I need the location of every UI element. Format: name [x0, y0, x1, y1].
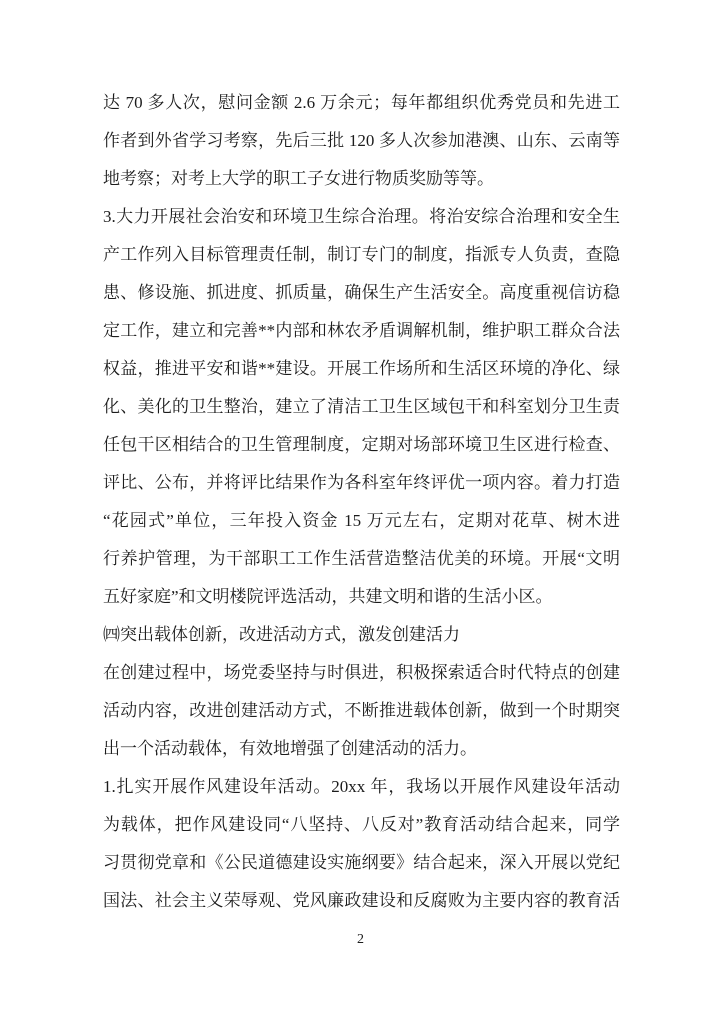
- text-line: 任包干区相结合的卫生管理制度，定期对场部环境卫生区进行检查、: [103, 426, 620, 464]
- page-number: 2: [0, 930, 721, 950]
- document-page: 达 70 多人次，慰问金额 2.6 万余元；每年都组织优秀党员和先进工作者到外省…: [0, 0, 721, 1020]
- text-line: 作者到外省学习考察，先后三批 120 多人次参加港澳、山东、云南等: [103, 122, 620, 160]
- text-line: 五好家庭”和文明楼院评选活动，共建文明和谐的生活小区。: [103, 578, 620, 616]
- text-line: 行养护管理，为干部职工工作生活营造整洁优美的环境。开展“文明: [103, 540, 620, 578]
- text-line: 产工作列入目标管理责任制，制订专门的制度，指派专人负责，查隐: [103, 236, 620, 274]
- text-line: 国法、社会主义荣辱观、党风廉政建设和反腐败为主要内容的教育活: [103, 882, 620, 920]
- text-line: 地考察；对考上大学的职工子女进行物质奖励等等。: [103, 160, 620, 198]
- text-line: 活动内容，改进创建活动方式，不断推进载体创新，做到一个时期突: [103, 692, 620, 730]
- text-line: 患、修设施、抓进度、抓质量，确保生产生活安全。高度重视信访稳: [103, 274, 620, 312]
- document-body: 达 70 多人次，慰问金额 2.6 万余元；每年都组织优秀党员和先进工作者到外省…: [103, 84, 620, 920]
- text-line: 习贯彻党章和《公民道德建设实施纲要》结合起来，深入开展以党纪: [103, 844, 620, 882]
- text-line: 为载体，把作风建设同“八坚持、八反对”教育活动结合起来，同学: [103, 806, 620, 844]
- text-line: 出一个活动载体，有效地增强了创建活动的活力。: [103, 730, 620, 768]
- text-line: 1.扎实开展作风建设年活动。20xx 年，我场以开展作风建设年活动: [103, 768, 620, 806]
- text-line: ㈣突出载体创新，改进活动方式，激发创建活力: [103, 616, 620, 654]
- text-line: 定工作，建立和完善**内部和林农矛盾调解机制，维护职工群众合法: [103, 312, 620, 350]
- text-line: 达 70 多人次，慰问金额 2.6 万余元；每年都组织优秀党员和先进工: [103, 84, 620, 122]
- text-line: 权益，推进平安和谐**建设。开展工作场所和生活区环境的净化、绿: [103, 350, 620, 388]
- text-line: “花园式”单位，三年投入资金 15 万元左右，定期对花草、树木进: [103, 502, 620, 540]
- text-line: 在创建过程中，场党委坚持与时俱进，积极探索适合时代特点的创建: [103, 654, 620, 692]
- text-line: 评比、公布，并将评比结果作为各科室年终评优一项内容。着力打造: [103, 464, 620, 502]
- text-line: 化、美化的卫生整治，建立了清洁工卫生区域包干和科室划分卫生责: [103, 388, 620, 426]
- text-line: 3.大力开展社会治安和环境卫生综合治理。将治安综合治理和安全生: [103, 198, 620, 236]
